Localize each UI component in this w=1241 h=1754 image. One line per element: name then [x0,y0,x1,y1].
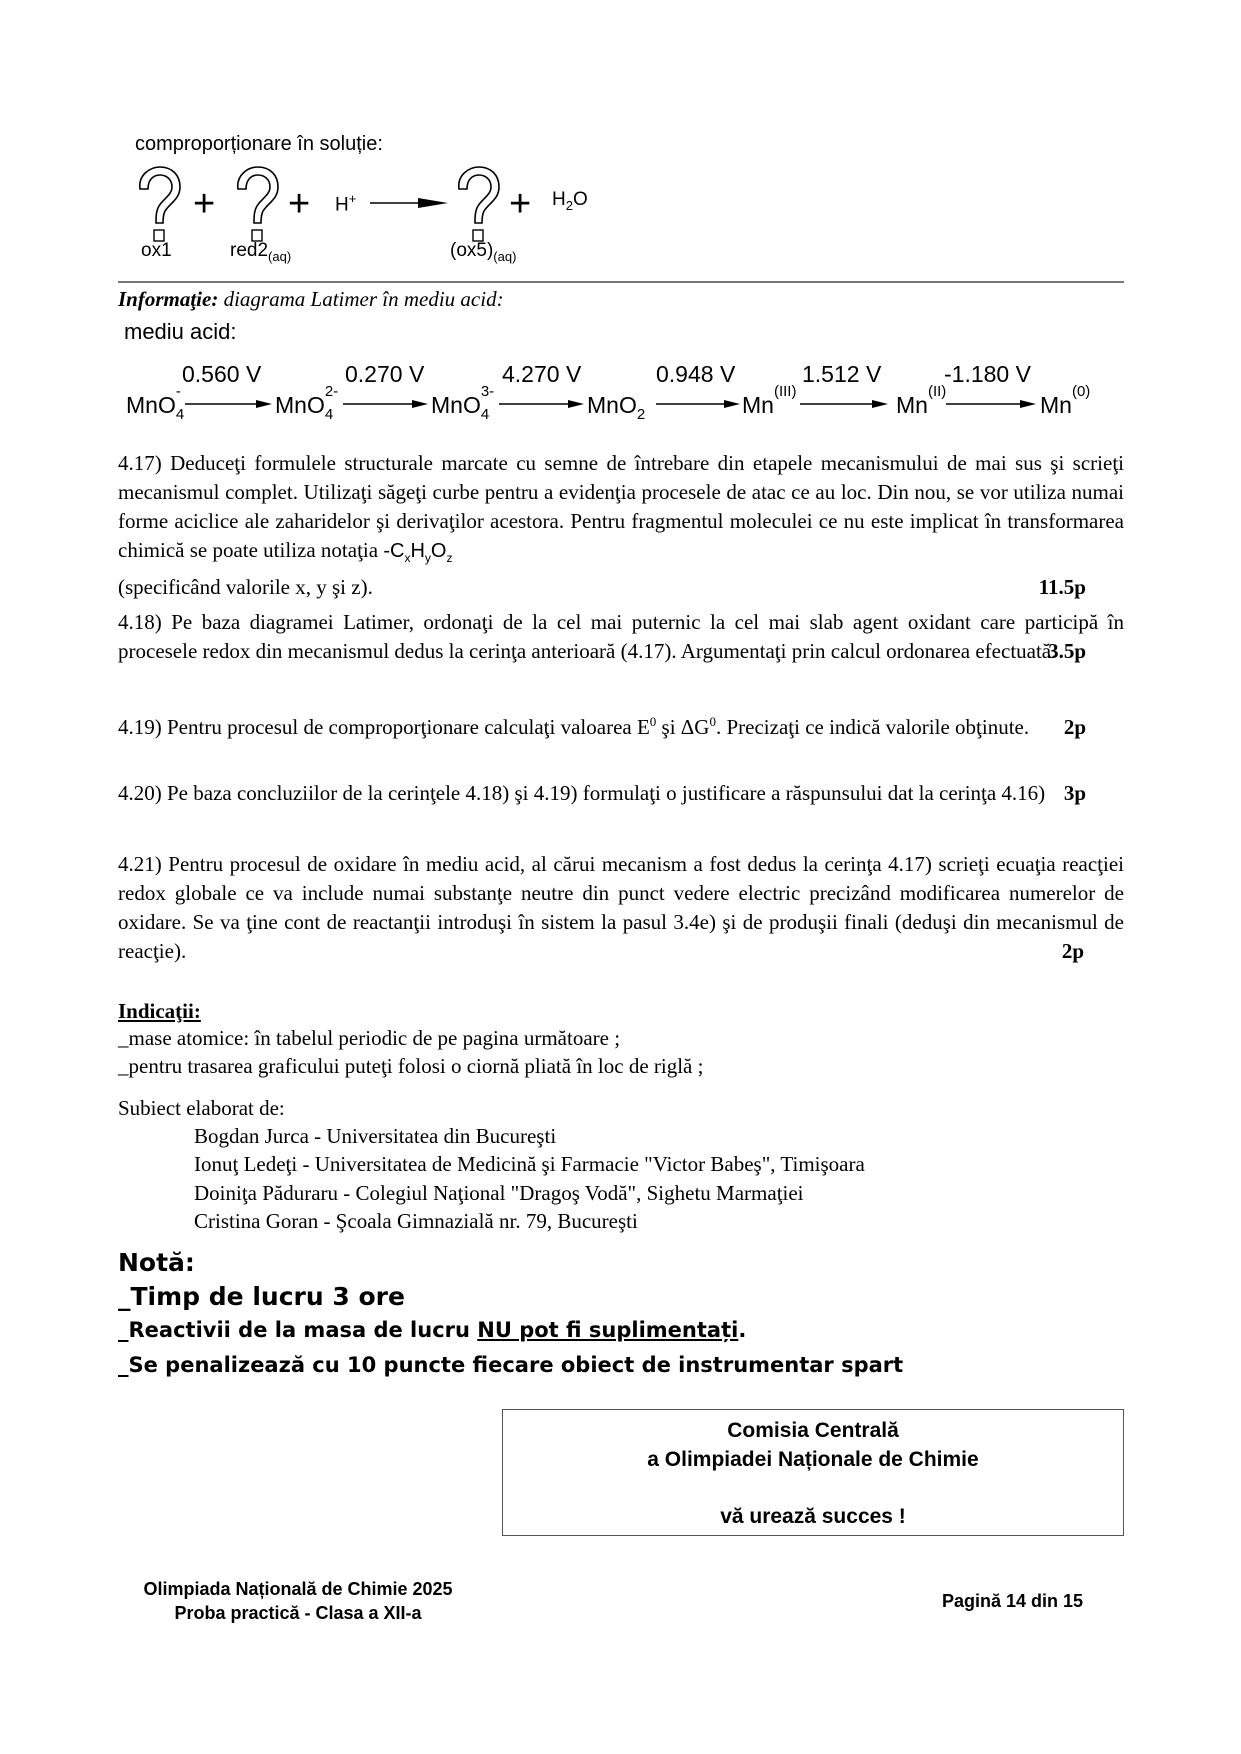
greeting-box: Comisia Centrală a Olimpiadei Naționale … [502,1409,1124,1536]
scheme-title: comproporționare în soluție: [135,133,383,156]
footer-left: Olimpiada Națională de Chimie 2025 Proba… [118,1577,478,1625]
reactant2-label: red2(aq) [230,240,291,264]
medium-label: mediu acid: [124,319,237,345]
plus-sign: + [193,185,215,223]
question-4-17: 4.17) Deduceţi formulele structurale mar… [118,449,1124,602]
author-item: Ionuţ Ledeţi - Universitatea de Medicină… [194,1152,865,1177]
latimer-potential: 1.512 V [802,361,881,388]
latimer-potential: 4.270 V [502,361,581,388]
plus-sign: + [288,185,310,223]
points: 11.5p [1039,573,1086,602]
points: 2p [1064,713,1086,742]
latimer-info: Informaţie: diagrama Latimer în mediu ac… [118,287,504,312]
points: 3p [1064,779,1086,808]
reactant1-label: ox1 [141,240,172,262]
points: 2p [1062,937,1084,966]
product-label: (ox5)(aq) [450,240,516,264]
question-4-18: 4.18) Pe baza diagramei Latimer, ordonaţ… [118,608,1124,666]
author-item: Bogdan Jurca - Universitatea din Bucureş… [194,1124,556,1149]
note-title: Notă: [118,1248,195,1277]
author-item: Doiniţa Păduraru - Colegiul Naţional "Dr… [194,1181,804,1206]
latimer-species: MnO-4 [126,392,187,419]
greeting-line: a Olimpiadei Naționale de Chimie [503,1445,1123,1474]
latimer-species: Mn(II) [896,392,966,419]
hints-title: Indicaţii: [118,999,201,1024]
question-4-20: 4.20) Pe baza concluziilor de la cerinţe… [118,779,1124,808]
greeting-line: vă urează succes ! [503,1502,1123,1531]
question-4-19: 4.19) Pentru procesul de comproporţionar… [118,707,1124,742]
section-divider [118,281,1124,283]
note-penalty: _Se penalizează cu 10 puncte fiecare obi… [118,1353,903,1377]
fragment-formula: -CxHyOz [383,540,452,562]
latimer-species: MnO3-4 [431,392,501,419]
page-number: Pagină 14 din 15 [942,1589,1083,1613]
water: H2O [552,189,588,213]
latimer-potential: 0.270 V [345,361,424,388]
latimer-potential: -1.180 V [944,361,1031,388]
latimer-potential: 0.948 V [656,361,735,388]
latimer-species: Mn(0) [1040,392,1101,419]
note-reagents: _Reactivii de la masa de lucru NU pot fi… [118,1318,746,1342]
latimer-species: Mn(III) [742,392,821,419]
latimer-potential: 0.560 V [182,361,261,388]
latimer-species: MnO2-4 [275,392,345,419]
hint-item: _pentru trasarea graficului puteţi folos… [118,1054,703,1079]
plus-sign: + [509,185,531,223]
author-item: Cristina Goran - Şcoala Gimnazială nr. 7… [194,1209,638,1234]
note-time: _Timp de lucru 3 ore [118,1282,405,1311]
greeting-line: Comisia Centrală [503,1416,1123,1445]
latimer-species: MnO2 [587,392,648,419]
question-4-21: 4.21) Pentru procesul de oxidare în medi… [118,850,1124,966]
proton: H+ [335,191,356,216]
hint-item: _mase atomice: în tabelul periodic de pe… [118,1026,620,1051]
points: 3.5p [1048,637,1086,666]
authors-title: Subiect elaborat de: [118,1096,285,1121]
